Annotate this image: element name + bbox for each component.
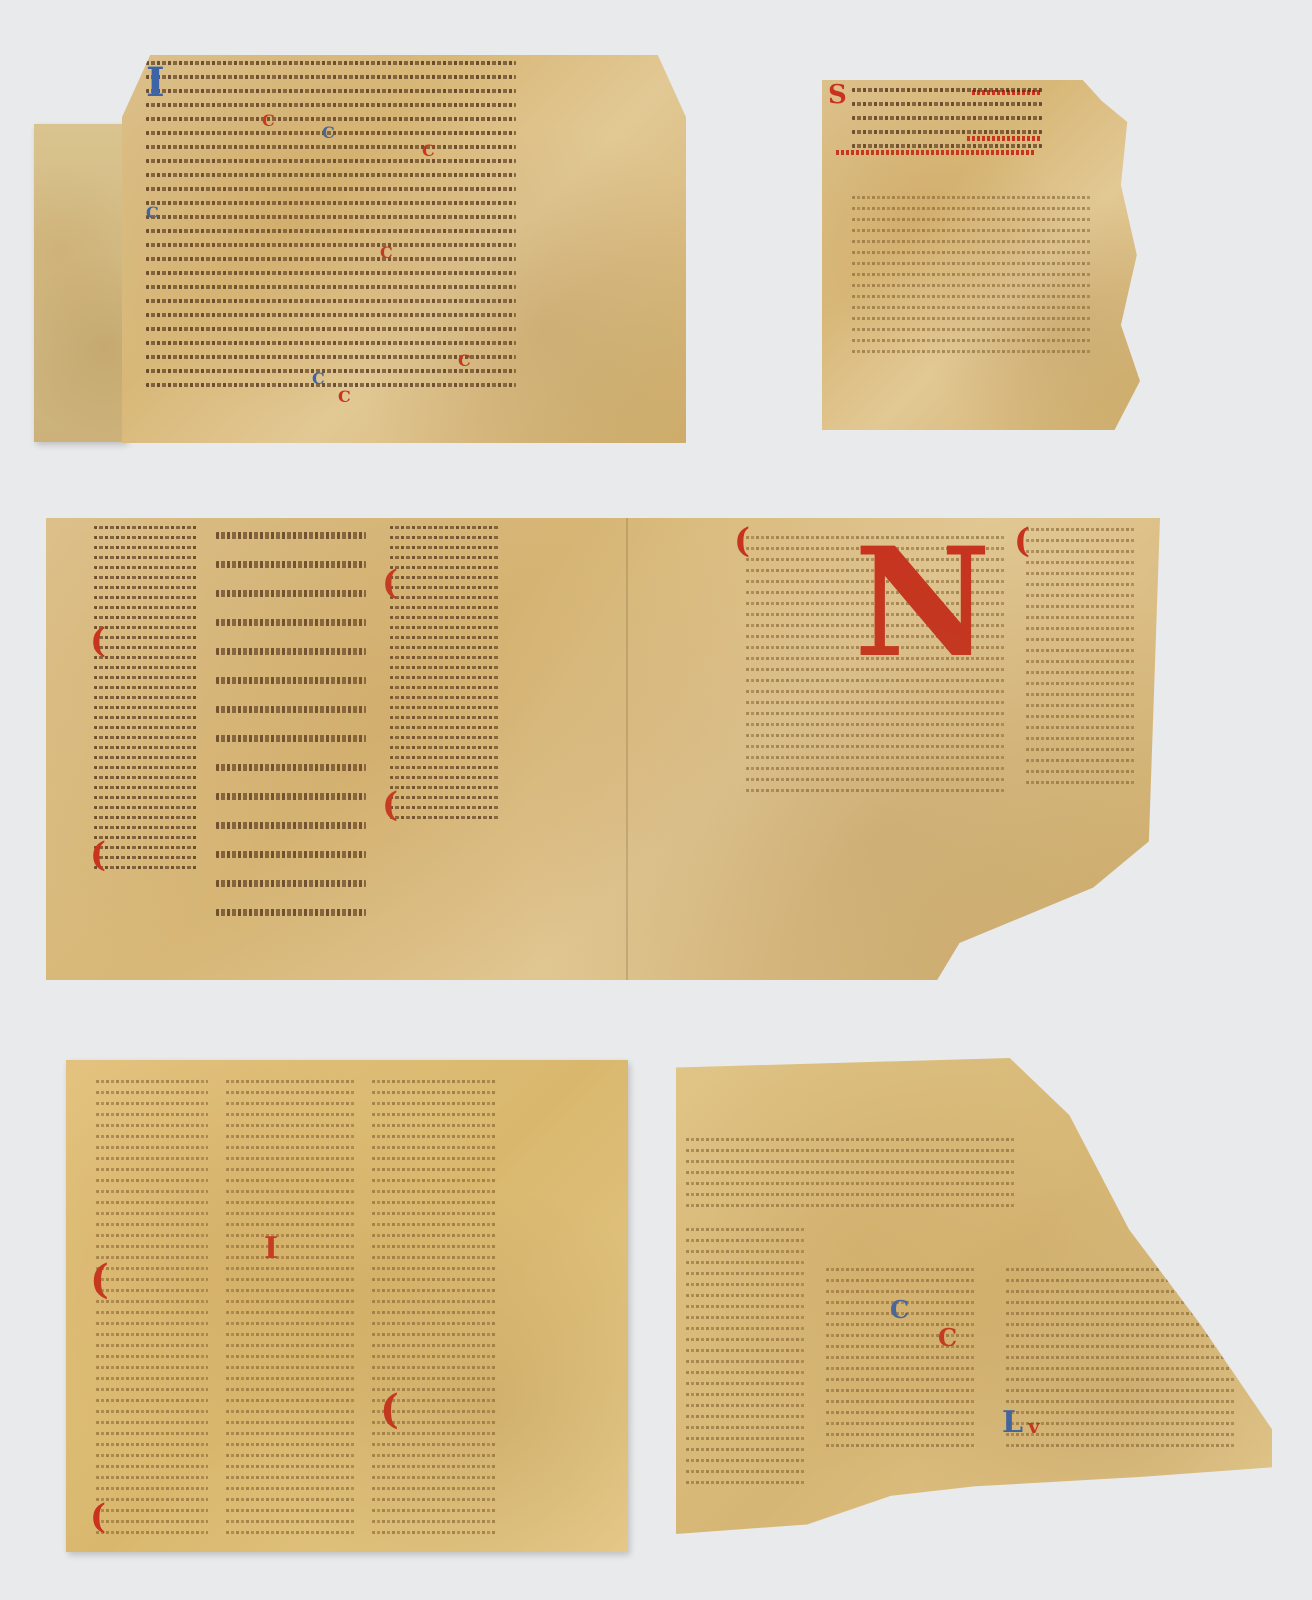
red-initial: C bbox=[380, 245, 393, 261]
red-initial-i: I bbox=[264, 1234, 278, 1264]
text-column bbox=[146, 61, 516, 439]
blue-initial: C bbox=[312, 371, 325, 387]
red-initial: ( bbox=[380, 1390, 399, 1430]
red-initial: C bbox=[458, 353, 471, 369]
text-block bbox=[686, 1138, 1016, 1218]
fragment-bottom-left: I ( ( ( bbox=[66, 1060, 628, 1552]
fragment-top-left-main: I C C C C C C C C bbox=[122, 55, 686, 443]
blue-initial: C bbox=[322, 125, 335, 141]
red-initial: ( bbox=[1014, 524, 1030, 558]
fragment-middle: ( ( ( ( N ( ( bbox=[46, 518, 1160, 980]
red-initial: ( bbox=[90, 624, 106, 658]
decorated-initial-n: N bbox=[854, 528, 991, 678]
fragment-top-right: S loq delemus bbox=[822, 80, 1140, 430]
red-initial: C bbox=[422, 143, 435, 159]
red-initial: v bbox=[1028, 1416, 1040, 1436]
fragment-top-left bbox=[34, 124, 126, 442]
red-initial: C bbox=[262, 113, 275, 129]
rubric-text-block bbox=[852, 88, 1042, 158]
red-initial: ( bbox=[382, 566, 398, 600]
text-column-5 bbox=[1026, 528, 1136, 948]
text-column-2 bbox=[216, 532, 366, 972]
red-initial-s: S bbox=[828, 82, 847, 108]
text-column-1 bbox=[94, 526, 198, 976]
red-initial: C bbox=[338, 389, 351, 405]
text-column-2 bbox=[226, 1080, 356, 1540]
blue-initial: I bbox=[146, 63, 165, 103]
center-fold bbox=[626, 518, 628, 980]
text-column-3 bbox=[390, 526, 500, 976]
commentary-text bbox=[852, 196, 1092, 372]
blue-initial: C bbox=[146, 205, 159, 221]
red-initial: ( bbox=[90, 1260, 109, 1300]
red-initial: ( bbox=[90, 1500, 106, 1534]
fragment-bottom-right: C C L v bbox=[676, 1058, 1272, 1534]
blue-initial: C bbox=[890, 1298, 909, 1322]
text-column-1 bbox=[96, 1080, 208, 1540]
rubric-line bbox=[836, 150, 1036, 155]
red-initial: C bbox=[938, 1326, 957, 1350]
text-column-3 bbox=[372, 1080, 496, 1540]
red-initial: ( bbox=[734, 524, 750, 558]
red-initial: ( bbox=[90, 838, 106, 872]
text-column-3 bbox=[1006, 1268, 1236, 1458]
red-initial: ( bbox=[382, 788, 398, 822]
text-column-1 bbox=[686, 1228, 806, 1498]
rubric-line bbox=[967, 136, 1042, 141]
blue-initial: L bbox=[1002, 1408, 1023, 1438]
